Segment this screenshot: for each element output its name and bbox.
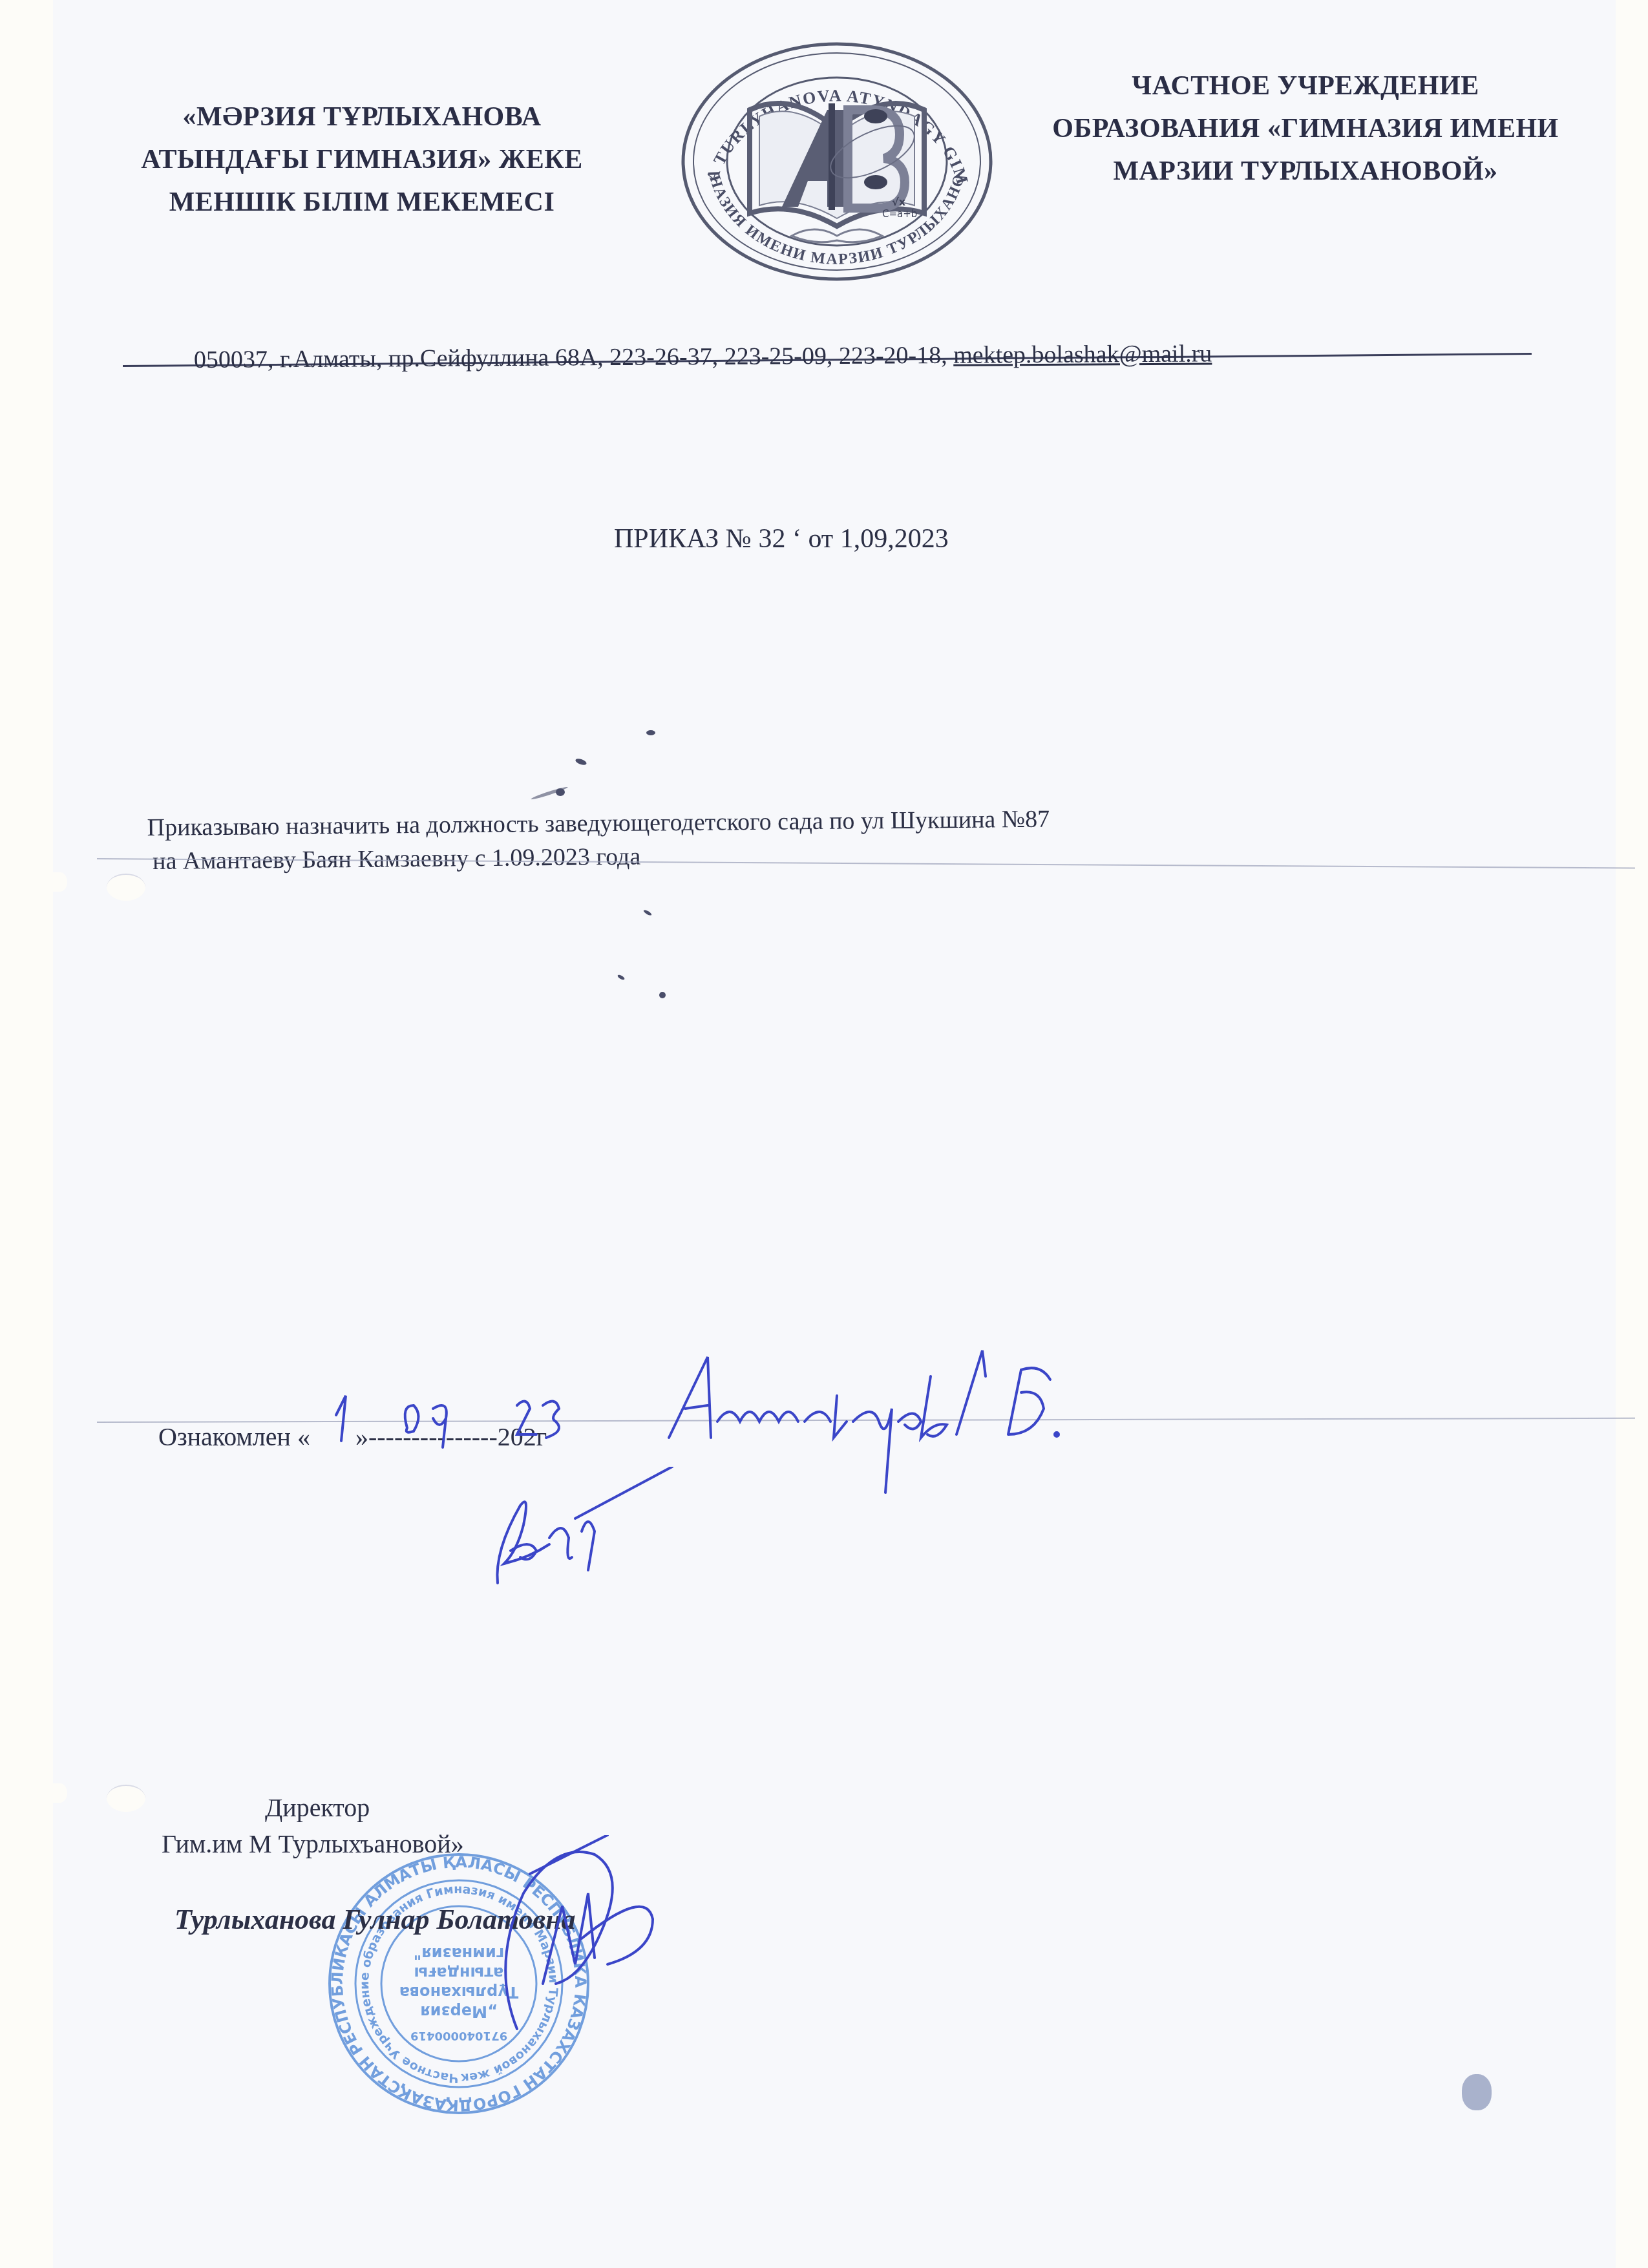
handwritten-initials <box>491 1467 685 1596</box>
punch-notch-bottom <box>53 1783 67 1803</box>
svg-text:√x: √x <box>892 196 906 208</box>
ack-label: Ознакомлен « <box>158 1422 310 1451</box>
handwritten-acknowledgement <box>310 1344 1150 1551</box>
ink-smudge <box>1462 2074 1492 2110</box>
header-russian-line-2: ОБРАЗОВАНИЯ «ГИМНАЗИЯ ИМЕНИ <box>1034 107 1577 150</box>
svg-text:C=a+b: C=a+b <box>882 208 917 220</box>
header-russian-line-1: ЧАСТНОЕ УЧРЕЖДЕНИЕ <box>1034 65 1577 107</box>
punch-hole-bottom <box>107 1785 145 1812</box>
director-signature <box>478 1835 672 2042</box>
order-title: ПРИКАЗ № 32 ‘ от 1,09,2023 <box>614 523 949 554</box>
director-title: Директор <box>162 1790 464 1826</box>
punch-hole-top <box>107 874 145 901</box>
header-russian-name: ЧАСТНОЕ УЧРЕЖДЕНИЕ ОБРАЗОВАНИЯ «ГИМНАЗИЯ… <box>1034 65 1577 193</box>
header-kazakh-line-3: МЕНШІК БІЛІМ МЕКЕМЕСІ <box>129 181 595 224</box>
ink-speck <box>659 992 666 998</box>
order-body: Приказываю назначить на должность заведу… <box>147 803 1050 878</box>
header-kazakh-name: «МӘРЗИЯ ТҰРЛЫХАНОВА АТЫНДАҒЫ ГИМНАЗИЯ» Ж… <box>129 96 595 224</box>
header-kazakh-line-1: «МӘРЗИЯ ТҰРЛЫХАНОВА <box>129 96 595 138</box>
ink-speck <box>556 788 565 796</box>
ink-speck <box>646 730 655 735</box>
school-emblem-logo: MARZIA TURLYHANOVA ATYNDAGY GIMNAZIA ГИМ… <box>679 39 995 284</box>
header-kazakh-line-2: АТЫНДАҒЫ ГИМНАЗИЯ» ЖЕКЕ <box>129 138 595 181</box>
email-link[interactable]: mektep.bolashak@mail.ru <box>953 340 1212 368</box>
header-russian-line-3: МАРЗИИ ТУРЛЫХАНОВОЙ» <box>1034 150 1577 193</box>
address-text: 050037, г.Алматы, пр.Сейфуллина 68А, 223… <box>194 342 953 373</box>
punch-notch-top <box>53 872 67 892</box>
